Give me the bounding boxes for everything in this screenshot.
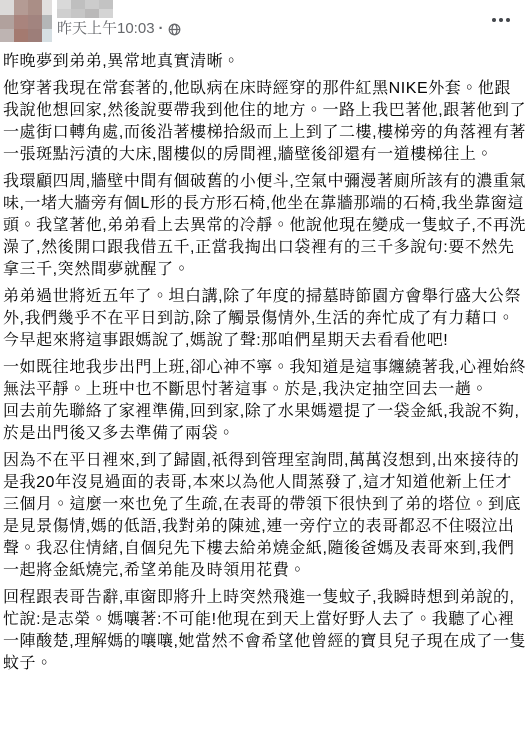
timestamp[interactable]: 昨天上午10:03 [57,20,155,38]
avatar-blur-mosaic [0,0,52,42]
post-text: 昨晚夢到弟弟,異常地真實清晰。他穿著我現在常套著的,他臥病在床時經穿的那件紅黑N… [0,46,530,675]
dot-separator: · [159,20,164,38]
post-paragraph: 回程跟表哥告辭,車窗即將升上時突然飛進一隻蚊子,我瞬時想到弟說的,忙說:是志榮。… [3,587,527,675]
post-paragraph: 一如既往地我步出門上班,卻心神不寧。我知道是這事纏繞著我,心裡始終無法平靜。上班… [3,357,527,445]
post-meta-line: 昨天上午10:03 · [57,20,181,38]
post-paragraph: 因為不在平日裡來,到了歸園,祇得到管理室詢問,萬萬沒想到,出來接待的是我20年沒… [3,450,527,582]
post-paragraph: 昨晚夢到弟弟,異常地真實清晰。 [3,51,527,73]
post-paragraph: 我環顧四周,牆壁中間有個破舊的小便斗,空氣中彌漫著廁所該有的濃重氣味,一堵大牆旁… [3,171,527,281]
post-options-menu-button[interactable] [488,14,514,26]
ellipsis-dot [499,18,503,22]
globe-icon [168,23,181,36]
post-header: 昨天上午10:03 · [0,0,530,46]
author-name-redacted[interactable] [57,0,113,18]
post-paragraph: 他穿著我現在常套著的,他臥病在床時經穿的那件紅黑NIKE外套。他跟我說他想回家,… [3,78,527,166]
post-paragraph: 弟弟過世將近五年了。坦白講,除了年度的掃墓時節園方會舉行盛大公祭外,我們幾乎不在… [3,286,527,352]
author-name-blur-mosaic [57,0,113,18]
avatar[interactable] [0,0,52,42]
ellipsis-dot [492,18,496,22]
ellipsis-dot [506,18,510,22]
facebook-post-card: 昨天上午10:03 · 昨晚夢到弟弟,異常地真實清晰。他穿著我現在常套著的,他臥… [0,0,530,733]
